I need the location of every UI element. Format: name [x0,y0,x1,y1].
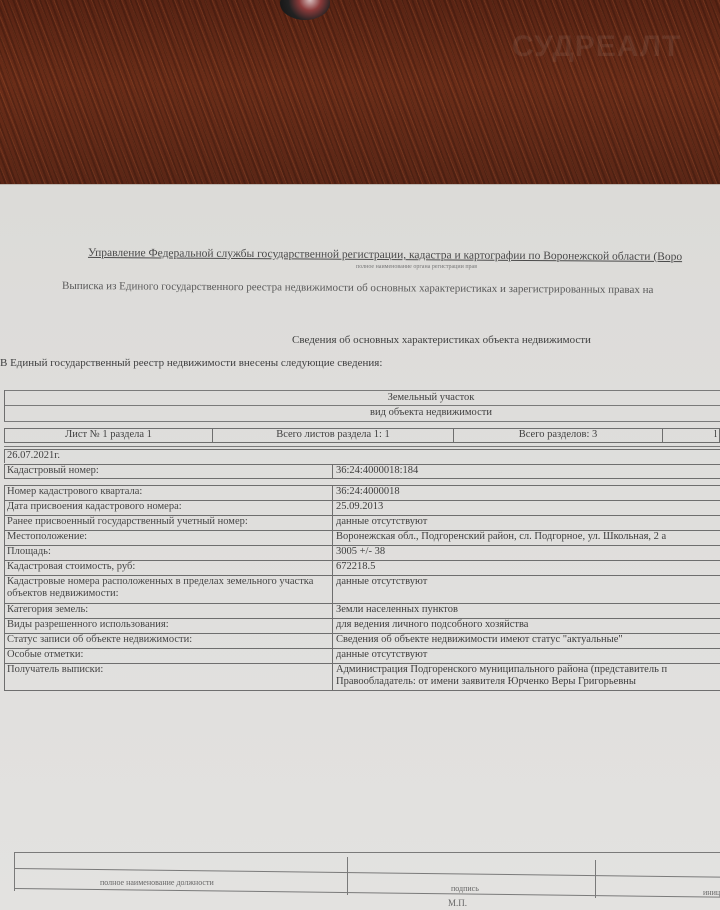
watermark: СУДРЕАЛТ [512,30,681,64]
field-label: Статус записи об объекте недвижимости: [5,634,333,648]
organization-caption: полное наименование органа регистрации п… [356,264,477,270]
divider [4,390,720,391]
divider [347,857,348,895]
field-value: 36:24:4000018:184 [333,465,720,478]
section-title: Сведения об основных характеристиках объ… [292,334,591,346]
field-value: 672218.5 [333,561,720,575]
field-label: Кадастровые номера расположенных в преде… [5,576,333,603]
field-label: Местоположение: [5,531,333,545]
divider [15,888,720,898]
recipient-line-1: Администрация Подгоренского муниципально… [336,664,720,676]
field-label: Дата присвоения кадастрового номера: [5,501,333,515]
sheet-extra: l [663,429,719,442]
field-label: Категория земель: [5,604,333,618]
field-label: Виды разрешенного использования: [5,619,333,633]
table-row: Дата присвоения кадастрового номера: 25.… [4,500,720,515]
table-row: Категория земель: Земли населенных пункт… [4,603,720,618]
table-row: Площадь: 3005 +/- 38 [4,545,720,560]
field-value: 3005 +/- 38 [333,546,720,560]
divider [595,860,596,898]
wooden-table-background [0,0,720,186]
field-value: данные отсутствуют [333,576,720,603]
field-value: данные отсутствуют [333,516,720,530]
recipient-line-2: Правообладатель: от имени заявителя Юрче… [336,676,720,688]
field-value: 25.09.2013 [333,501,720,515]
organization-name: Управление Федеральной службы государств… [88,247,682,263]
divider [4,421,720,422]
field-label: Особые отметки: [5,649,333,663]
divider [4,446,720,447]
extract-title: Выписка из Единого государственного реес… [62,280,653,296]
table-row: Местоположение: Воронежская обл., Подгор… [4,530,720,545]
object-type: Земельный участок [0,392,720,403]
object-type-caption: вид объекта недвижимости [0,407,720,418]
initials-caption: иниц [703,888,720,897]
extract-date: 26.07.2021г. [4,449,720,463]
sheet-number: Лист № 1 раздела 1 [5,429,213,442]
signature-caption: подпись [451,884,479,893]
stamp-label: М.П. [448,898,467,908]
table-row: Статус записи об объекте недвижимости: С… [4,633,720,648]
field-value: данные отсутствуют [333,649,720,663]
field-label: Ранее присвоенный государственный учетны… [5,516,333,530]
cadastral-number-row: Кадастровый номер: 36:24:4000018:184 [4,464,720,479]
field-label: Кадастровый номер: [5,465,333,478]
field-value: Воронежская обл., Подгоренский район, сл… [333,531,720,545]
field-label: Площадь: [5,546,333,560]
field-label: Кадастровая стоимость, руб: [5,561,333,575]
intro-text: В Единый государственный реестр недвижим… [0,357,382,369]
table-row: Номер кадастрового квартала: 36:24:40000… [4,485,720,500]
field-value: Земли населенных пунктов [333,604,720,618]
table-row: Особые отметки: данные отсутствуют [4,648,720,663]
table-row: Ранее присвоенный государственный учетны… [4,515,720,530]
sheet-info-row: Лист № 1 раздела 1 Всего листов раздела … [4,428,720,443]
table-row: Виды разрешенного использования: для вед… [4,618,720,633]
total-sections: Всего разделов: 3 [454,429,663,442]
table-row: Кадастровая стоимость, руб: 672218.5 [4,560,720,575]
table-row: Получатель выписки: Администрация Подгор… [4,663,720,691]
position-caption: полное наименование должности [100,878,214,887]
field-label: Получатель выписки: [5,664,333,690]
divider [4,405,720,406]
field-label: Номер кадастрового квартала: [5,486,333,500]
field-value: Сведения об объекте недвижимости имеют с… [333,634,720,648]
document-page: Управление Федеральной службы государств… [0,184,720,910]
total-sheets: Всего листов раздела 1: 1 [213,429,454,442]
table-row: Кадастровые номера расположенных в преде… [4,575,720,603]
field-value: для ведения личного подсобного хозяйства [333,619,720,633]
field-value: Администрация Подгоренского муниципально… [333,664,720,690]
field-value: 36:24:4000018 [333,486,720,500]
divider [15,868,720,878]
signature-table: полное наименование должности подпись ин… [14,852,720,891]
